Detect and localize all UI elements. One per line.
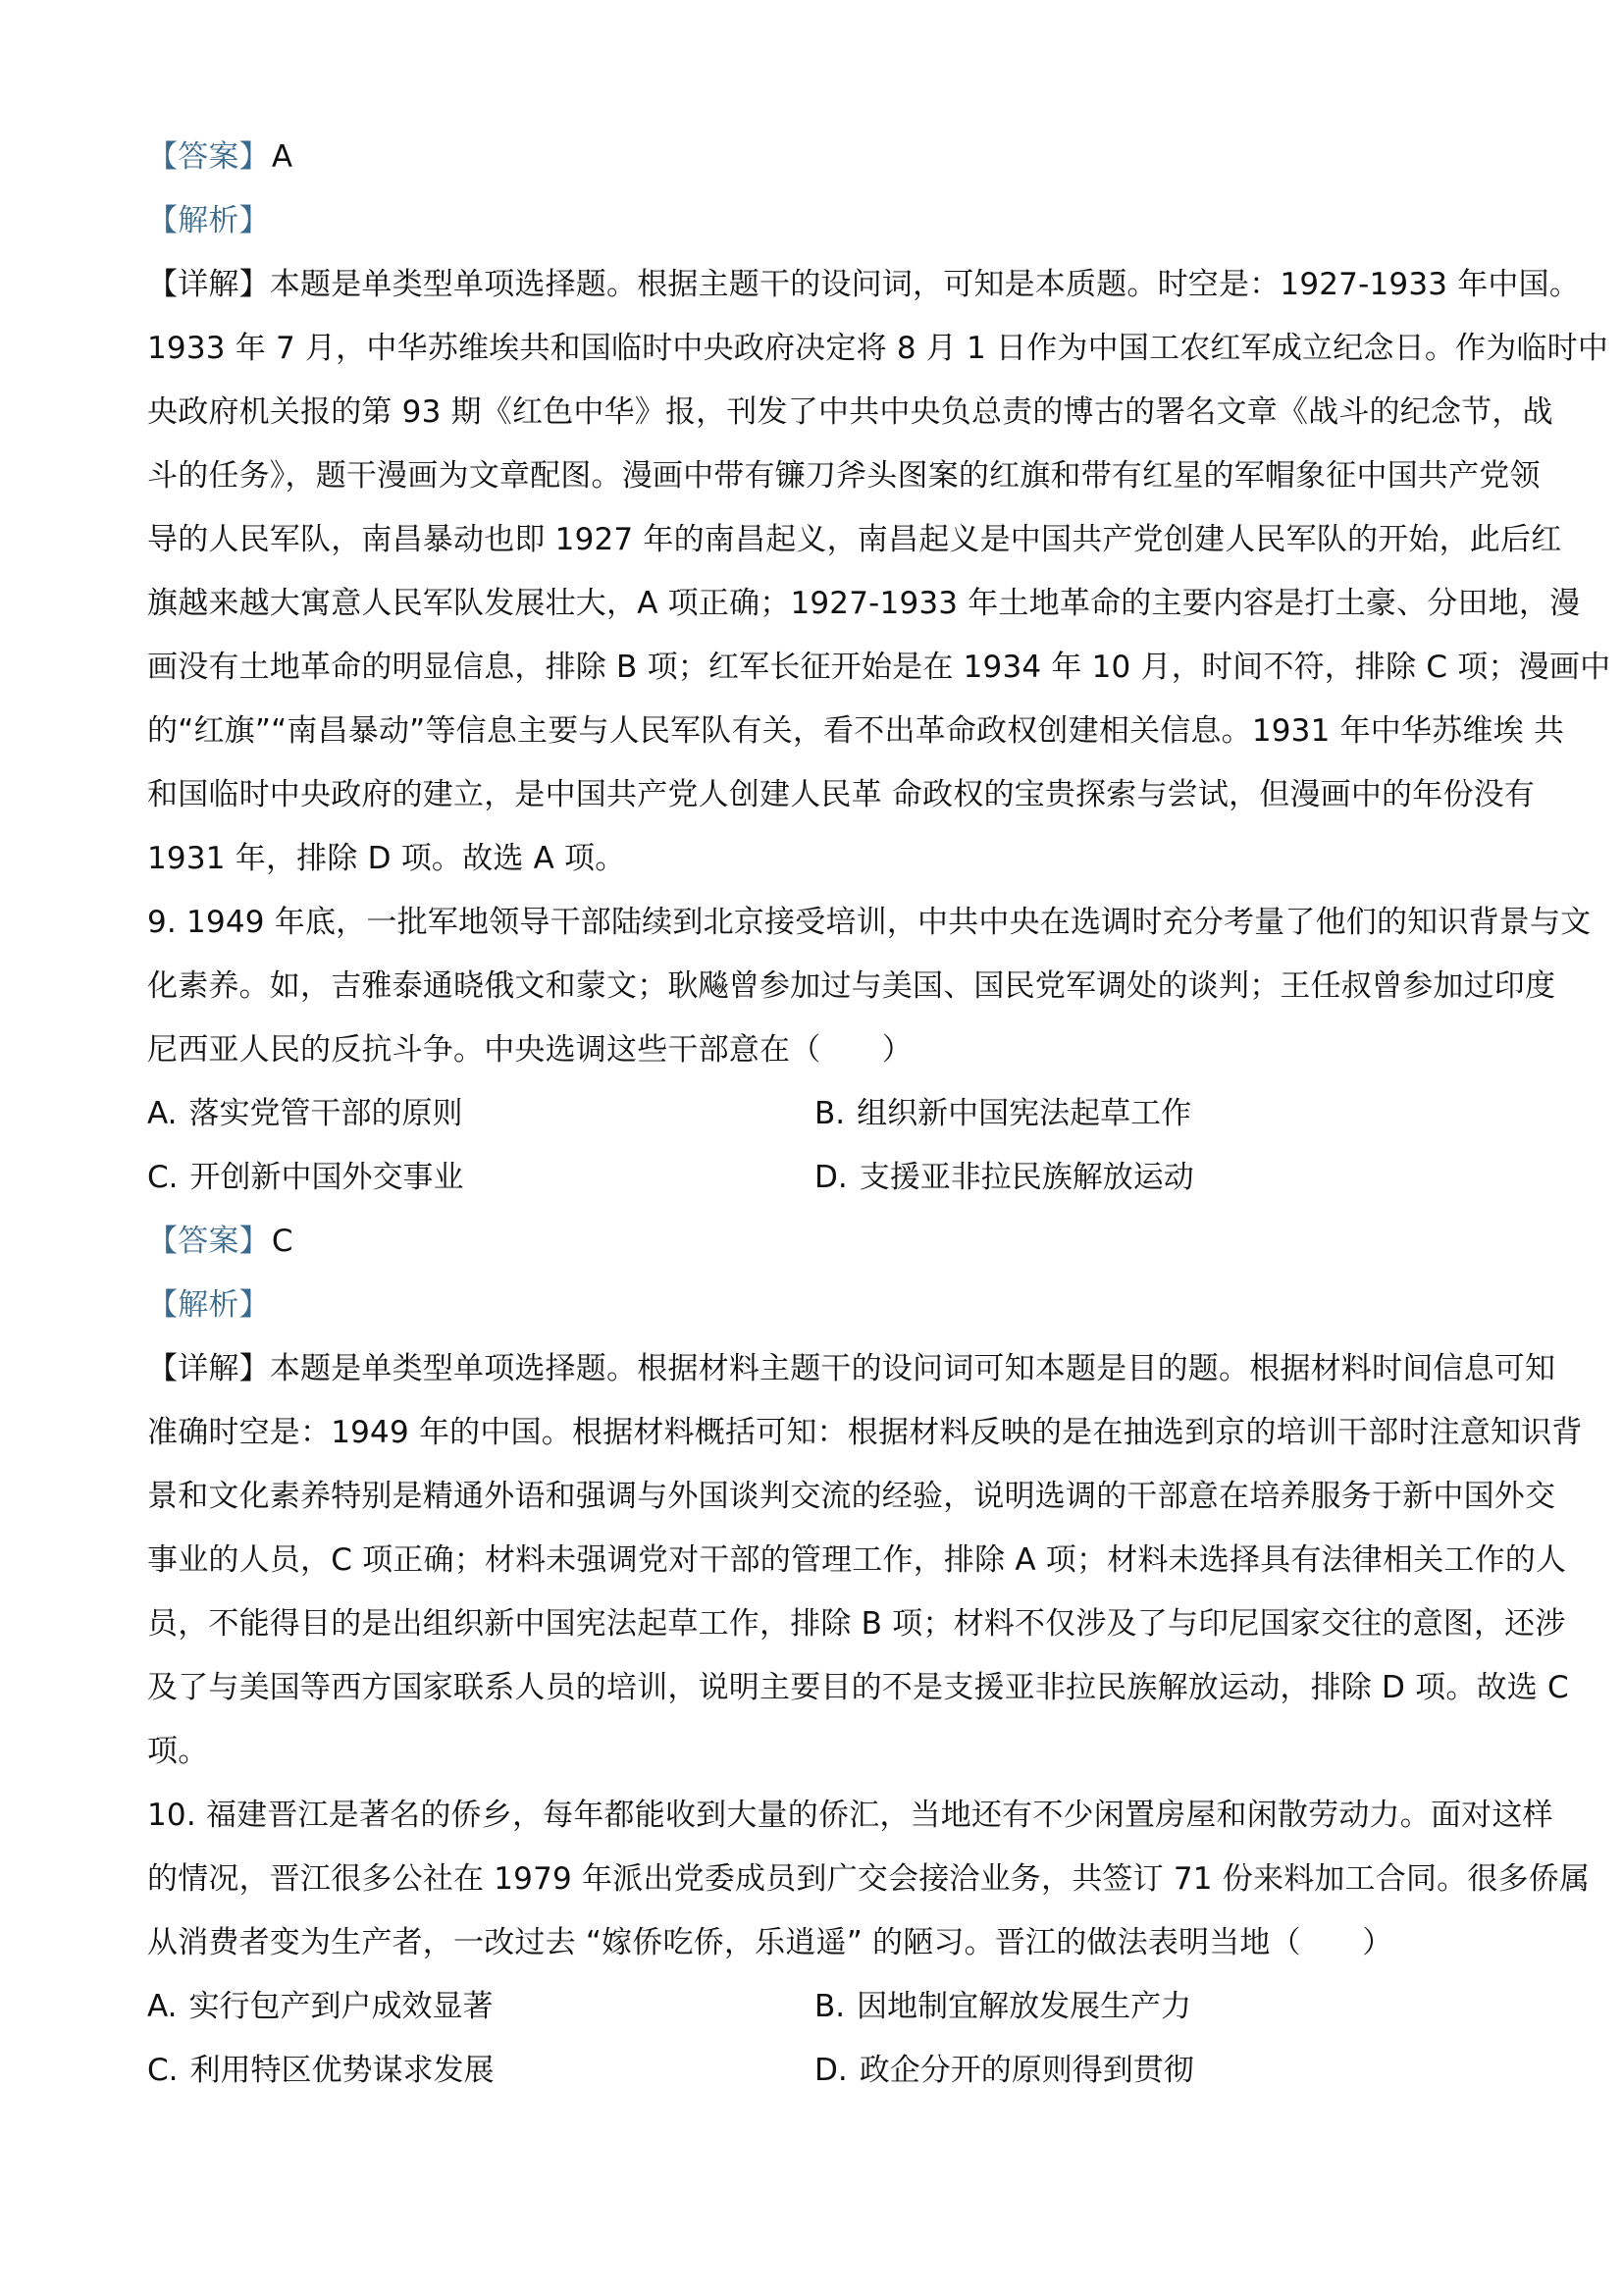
question-stem-line: 10. 福建晋江是著名的侨乡，每年都能收到大量的侨汇，当地还有不少闲置房屋和闲散… (147, 1784, 1484, 1848)
detail-text-line: 导的人民军队，南昌暴动也即 1927 年的南昌起义，南昌起义是中国共产党创建人民… (147, 508, 1484, 572)
option-a[interactable]: A.落实党管干部的原则 (147, 1082, 814, 1146)
detail-text-line: 旗越来越大寓意人民军队发展壮大，A 项正确；1927-1933 年土地革命的主要… (147, 572, 1484, 636)
detail-paragraph: 【详解】本题是单类型单项选择题。根据材料主题干的设问词可知本题是目的题。根据材料… (147, 1337, 1484, 1784)
answer-line: 【答案】C (147, 1210, 1484, 1274)
question-stem-line: 尼西亚人民的反抗斗争。中央选调这些干部意在（ ） (147, 1018, 1484, 1082)
answer-label: 【答案】 (147, 1224, 270, 1259)
question-stem-line: 9. 1949 年底，一批军地领导干部陆续到北京接受培训，中共中央在选调时充分考… (147, 891, 1484, 955)
question-10: 10. 福建晋江是著名的侨乡，每年都能收到大量的侨汇，当地还有不少闲置房屋和闲散… (147, 1784, 1484, 2103)
detail-text-line: 事业的人员，C 项正确；材料未强调党对干部的管理工作，排除 A 项；材料未选择具… (147, 1529, 1484, 1592)
detail-label: 【详解】 (147, 1351, 270, 1386)
option-b[interactable]: B.组织新中国宪法起草工作 (814, 1082, 1482, 1146)
detail-text-line: 员，不能得目的是出组织新中国宪法起草工作，排除 B 项；材料不仅涉及了与印尼国家… (147, 1592, 1484, 1656)
document-page: 【答案】A 【解析】 【详解】本题是单类型单项选择题。根据主题干的设问词，可知是… (147, 126, 1484, 2103)
question-stem-line: 从消费者变为生产者，一改过去 “嫁侨吃侨，乐逍遥” 的陋习。晋江的做法表明当地（… (147, 1911, 1484, 1975)
question-9: 9. 1949 年底，一批军地领导干部陆续到北京接受培训，中共中央在选调时充分考… (147, 891, 1484, 1784)
detail-text-line: 本题是单类型单项选择题。根据材料主题干的设问词可知本题是目的题。根据材料时间信息… (270, 1351, 1555, 1386)
option-d[interactable]: D.政企分开的原则得到贯彻 (814, 2039, 1482, 2103)
detail-text-line: 及了与美国等西方国家联系人员的培训，说明主要目的不是支援亚非拉民族解放运动，排除… (147, 1656, 1484, 1720)
answer-label: 【答案】 (147, 139, 270, 175)
question-stem-line: 的情况，晋江很多公社在 1979 年派出党委成员到广交会接洽业务，共签订 71 … (147, 1848, 1484, 1911)
answer-value: C (272, 1224, 293, 1259)
detail-text-line: 和国临时中央政府的建立，是中国共产党人创建人民革 命政权的宝贵探索与尝试，但漫画… (147, 763, 1484, 827)
analysis-label: 【解析】 (147, 1287, 270, 1323)
options-grid: A.落实党管干部的原则 B.组织新中国宪法起草工作 C.开创新中国外交事业 D.… (147, 1082, 1484, 1210)
detail-text-line: 央政府机关报的第 93 期《红色中华》报，刊发了中共中央负总责的博古的署名文章《… (147, 381, 1484, 444)
options-grid: A.实行包产到户成效显著 B.因地制宜解放发展生产力 C.利用特区优势谋求发展 … (147, 1975, 1484, 2103)
detail-text-line: 1933 年 7 月，中华苏维埃共和国临时中央政府决定将 8 月 1 日作为中国… (147, 317, 1484, 381)
detail-label: 【详解】 (147, 267, 270, 302)
answer-value: A (272, 139, 292, 175)
q8-answer-section: 【答案】A 【解析】 【详解】本题是单类型单项选择题。根据主题干的设问词，可知是… (147, 126, 1484, 891)
detail-text-line: 1931 年，排除 D 项。故选 A 项。 (147, 827, 1484, 891)
detail-text-line: 斗的任务》，题干漫画为文章配图。漫画中带有镰刀斧头图案的红旗和带有红星的军帽象征… (147, 444, 1484, 508)
option-c[interactable]: C.利用特区优势谋求发展 (147, 2039, 814, 2103)
detail-text-line: 准确时空是：1949 年的中国。根据材料概括可知：根据材料反映的是在抽选到京的培… (147, 1401, 1484, 1465)
analysis-label: 【解析】 (147, 203, 270, 238)
detail-paragraph: 【详解】本题是单类型单项选择题。根据主题干的设问词，可知是本质题。时空是：192… (147, 253, 1484, 891)
detail-text-line: 景和文化素养特别是精通外语和强调与外国谈判交流的经验，说明选调的干部意在培养服务… (147, 1465, 1484, 1529)
option-a[interactable]: A.实行包产到户成效显著 (147, 1975, 814, 2039)
detail-text-line: 项。 (147, 1720, 1484, 1784)
detail-text-line: 的“红旗”“南昌暴动”等信息主要与人民军队有关，看不出革命政权创建相关信息。19… (147, 700, 1484, 763)
detail-text-line: 本题是单类型单项选择题。根据主题干的设问词，可知是本质题。时空是：1927-19… (270, 267, 1580, 302)
analysis-heading: 【解析】 (147, 189, 1484, 253)
question-stem-line: 化素养。如，吉雅泰通晓俄文和蒙文；耿飚曾参加过与美国、国民党军调处的谈判；王任叔… (147, 955, 1484, 1018)
option-b[interactable]: B.因地制宜解放发展生产力 (814, 1975, 1482, 2039)
detail-text-line: 画没有土地革命的明显信息，排除 B 项；红军长征开始是在 1934 年 10 月… (147, 636, 1484, 700)
analysis-heading: 【解析】 (147, 1274, 1484, 1337)
option-d[interactable]: D.支援亚非拉民族解放运动 (814, 1146, 1482, 1210)
answer-line: 【答案】A (147, 126, 1484, 189)
option-c[interactable]: C.开创新中国外交事业 (147, 1146, 814, 1210)
